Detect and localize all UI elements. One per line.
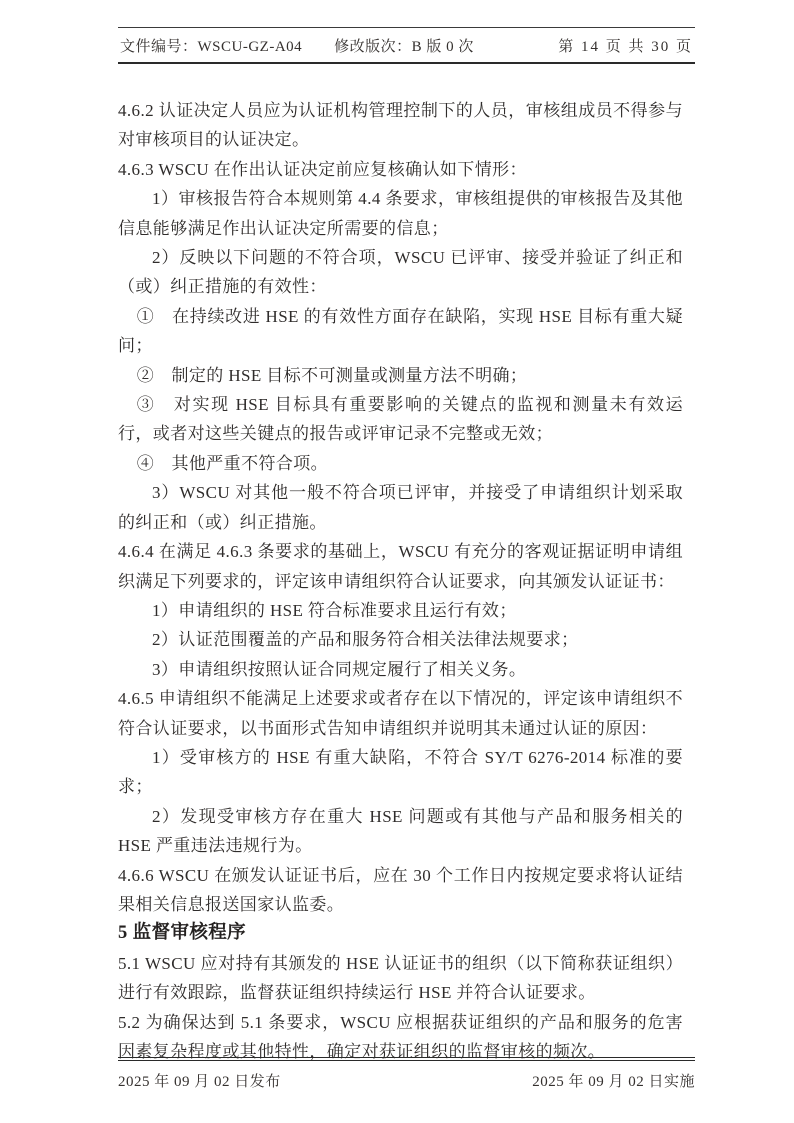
footer-row: 2025 年 09 月 02 日发布 2025 年 09 月 02 日实施 [118,1061,695,1091]
revision-label: 修改版次：B 版 0 次 [334,35,474,56]
paragraph: 2）认证范围覆盖的产品和服务符合相关法律法规要求； [118,625,683,654]
paragraph: 2）发现受审核方存在重大 HSE 问题或有其他与产品和服务相关的 HSE 严重违… [118,802,683,861]
paragraph: 1）审核报告符合本规则第 4.4 条要求，审核组提供的审核报告及其他信息能够满足… [118,184,683,243]
paragraph: 1）受审核方的 HSE 有重大缺陷，不符合 SY/T 6276-2014 标准的… [118,743,683,802]
document-page: 文件编号：WSCU-GZ-A04 修改版次：B 版 0 次 第 14 页 共 3… [0,0,794,1123]
paragraph: 3）申请组织按照认证合同规定履行了相关义务。 [118,655,683,684]
page-footer: 2025 年 09 月 02 日发布 2025 年 09 月 02 日实施 [118,1057,695,1091]
paragraph: 4.6.2 认证决定人员应为认证机构管理控制下的人员，审核组成员不得参与对审核项… [118,96,683,155]
paragraph: ④ 其他严重不符合项。 [118,449,683,478]
paragraph: 5.1 WSCU 应对持有其颁发的 HSE 认证证书的组织（以下简称获证组织）进… [118,949,683,1008]
paragraph: 1）申请组织的 HSE 符合标准要求且运行有效； [118,596,683,625]
doc-number: 文件编号：WSCU-GZ-A04 [120,35,302,56]
paragraph: ① 在持续改进 HSE 的有效性方面存在缺陷，实现 HSE 目标有重大疑问； [118,302,683,361]
paragraph: 3）WSCU 对其他一般不符合项已评审，并接受了申请组织计划采取的纠正和（或）纠… [118,478,683,537]
page-header: 文件编号：WSCU-GZ-A04 修改版次：B 版 0 次 第 14 页 共 3… [118,27,695,64]
paragraph: 4.6.4 在满足 4.6.3 条要求的基础上，WSCU 有充分的客观证据证明申… [118,537,683,596]
header-row: 文件编号：WSCU-GZ-A04 修改版次：B 版 0 次 第 14 页 共 3… [118,28,695,62]
paragraph: 4.6.5 申请组织不能满足上述要求或者存在以下情况的，评定该申请组织不符合认证… [118,684,683,743]
implement-date: 2025 年 09 月 02 日实施 [532,1070,695,1091]
page-indicator: 第 14 页 共 30 页 [558,35,693,56]
paragraph: ② 制定的 HSE 目标不可测量或测量方法不明确； [118,361,683,390]
release-date: 2025 年 09 月 02 日发布 [118,1070,281,1091]
paragraph: 4.6.3 WSCU 在作出认证决定前应复核确认如下情形： [118,155,683,184]
section-heading: 5 监督审核程序 [118,919,683,948]
paragraph: ③ 对实现 HSE 目标具有重要影响的关键点的监视和测量未有效运行，或者对这些关… [118,390,683,449]
document-body: 4.6.2 认证决定人员应为认证机构管理控制下的人员，审核组成员不得参与对审核项… [118,96,683,1066]
paragraph: 4.6.6 WSCU 在颁发认证证书后，应在 30 个工作日内按规定要求将认证结… [118,861,683,920]
paragraph: 2）反映以下问题的不符合项，WSCU 已评审、接受并验证了纠正和（或）纠正措施的… [118,243,683,302]
